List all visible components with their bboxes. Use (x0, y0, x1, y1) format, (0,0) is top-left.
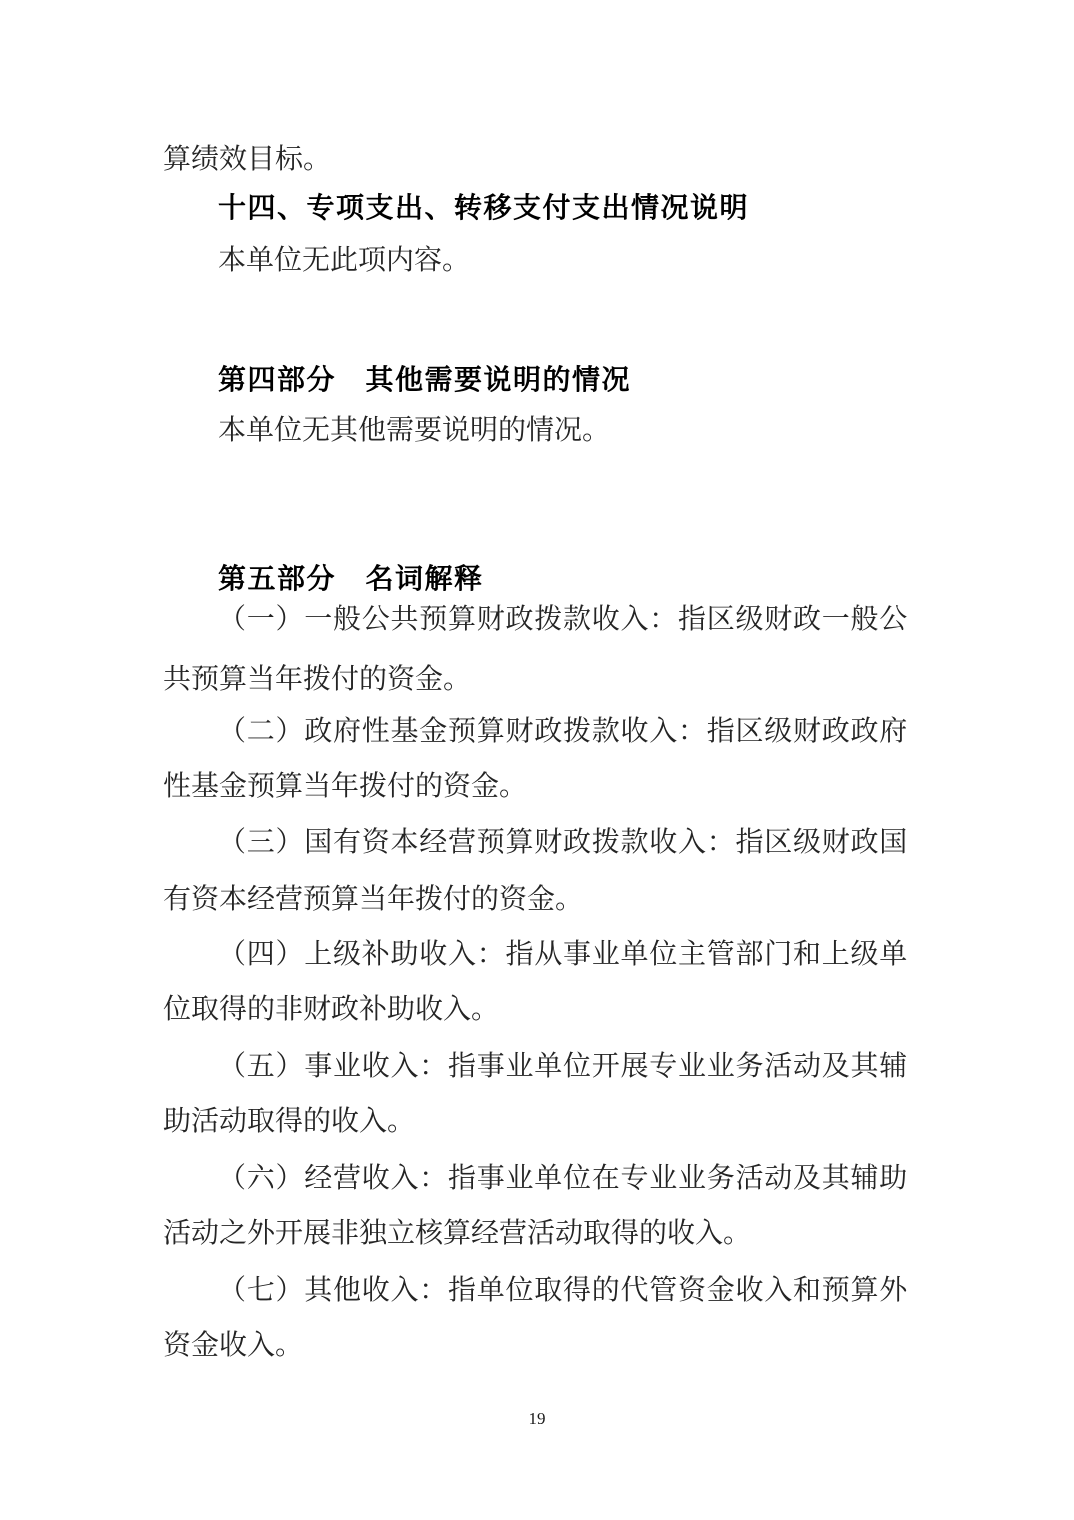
continuation-line-performance-targets: 算绩效目标。 (163, 146, 331, 174)
term-4-line-1: （四）上级补助收入：指从事业单位主管部门和上级单 (218, 941, 908, 969)
term-4-line-2: 位取得的非财政补助收入。 (163, 996, 499, 1024)
term-1-line-1: （一）一般公共预算财政拨款收入：指区级财政一般公 (218, 606, 908, 634)
para-no-such-content: 本单位无此项内容。 (218, 247, 470, 275)
heading-part-4-other-matters: 第四部分 其他需要说明的情况 (218, 366, 631, 394)
term-5-line-1: （五）事业收入：指事业单位开展专业业务活动及其辅 (218, 1053, 908, 1081)
term-1-line-2: 共预算当年拨付的资金。 (163, 666, 471, 694)
page-number: 19 (0, 1409, 1074, 1429)
term-7-line-1: （七）其他收入：指单位取得的代管资金收入和预算外 (218, 1277, 908, 1305)
term-5-line-2: 助活动取得的收入。 (163, 1108, 415, 1136)
heading-part-5-glossary: 第五部分 名词解释 (218, 565, 484, 593)
term-6-line-2: 活动之外开展非独立核算经营活动取得的收入。 (163, 1220, 751, 1248)
para-no-other-matters: 本单位无其他需要说明的情况。 (218, 417, 610, 445)
heading-item-14-special-expenditure: 十四、专项支出、转移支付支出情况说明 (218, 194, 749, 222)
term-7-line-2: 资金收入。 (163, 1332, 303, 1360)
term-2-line-1: （二）政府性基金预算财政拨款收入：指区级财政政府 (218, 718, 908, 746)
term-2-line-2: 性基金预算当年拨付的资金。 (163, 773, 527, 801)
term-6-line-1: （六）经营收入：指事业单位在专业业务活动及其辅助 (218, 1165, 908, 1193)
document-page: 算绩效目标。 十四、专项支出、转移支付支出情况说明 本单位无此项内容。 第四部分… (0, 0, 1074, 1520)
term-3-line-2: 有资本经营预算当年拨付的资金。 (163, 886, 583, 914)
term-3-line-1: （三）国有资本经营预算财政拨款收入：指区级财政国 (218, 829, 908, 857)
